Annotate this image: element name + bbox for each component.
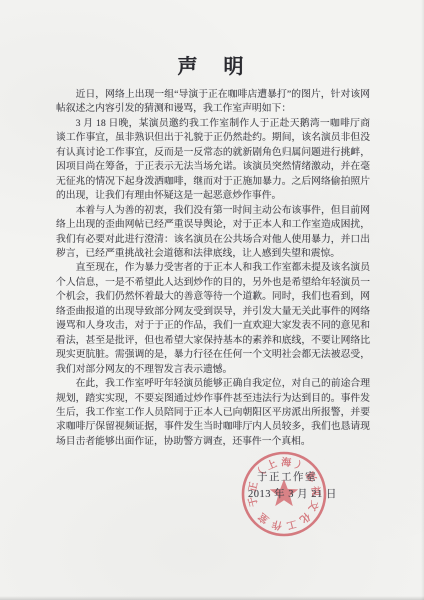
body-paragraph: 本着与人为善的初衷，我们没有第一时间主动公布该事件，但目前网络上出现的歪曲网帖已… [56,204,370,262]
signature-date: 2013 年 3 月 21 日 [248,486,337,501]
scanned-statement-page: 声 明 近日，网络上出现一组“导演于正在咖啡店遭暴打”的图片，针对该网帖叙述之内… [0,0,424,600]
signature-name: 于正工作室 [257,469,317,484]
body-paragraph: 直至现在，作为暴力受害者的于正本人和我工作室都未提及该名演员个人信息，一是不希望… [56,261,370,377]
body-paragraph: 近日，网络上出现一组“导演于正在咖啡店遭暴打”的图片，针对该网帖叙述之内容引发的… [56,88,370,117]
svg-text:工: 工 [285,518,298,532]
statement-body: 近日，网络上出现一组“导演于正在咖啡店遭暴打”的图片，针对该网帖叙述之内容引发的… [56,88,370,449]
svg-text:作: 作 [270,518,283,533]
body-paragraph: 3 月 18 日晚，某演员邀约我工作室制作人于正赴天鹅湾一咖啡厅商谈工作事宜，虽… [56,117,370,204]
body-paragraph: 在此，我工作室呼吁年轻演员能够正确自我定位，对自己的前途合理规划，踏实实现，不要… [56,377,370,449]
page-title: 声 明 [0,50,424,79]
svg-text:文: 文 [306,499,322,513]
svg-text:海: 海 [281,455,293,469]
